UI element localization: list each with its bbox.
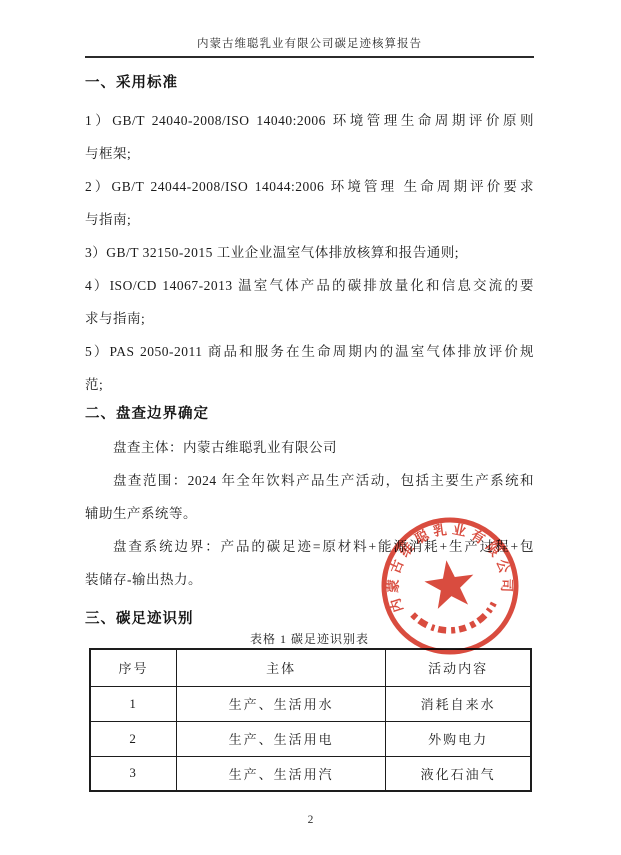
document-page: 内蒙古维聪乳业有限公司碳足迹核算报告 一、采用标准 1）GB/T 24040-2… <box>0 0 621 855</box>
cell-activity: 液化石油气 <box>386 756 531 791</box>
text-line: 1）GB/T 24040-2008/ISO 14040:2006 环境管理生命周… <box>85 104 534 137</box>
text-line: 盘查主体：内蒙古维聪乳业有限公司 <box>85 431 534 464</box>
text-line: 4）ISO/CD 14067-2013 温室气体产品的碳排放量化和信息交流的要 <box>85 269 534 302</box>
seal-bottom-script <box>413 603 497 636</box>
table-row: 1 生产、生活用水 消耗自来水 <box>90 686 531 721</box>
col-header-subject: 主体 <box>177 649 386 686</box>
table-row: 3 生产、生活用汽 液化石油气 <box>90 756 531 791</box>
page-content: 内蒙古维聪乳业有限公司碳足迹核算报告 一、采用标准 1）GB/T 24040-2… <box>85 0 534 792</box>
text-line: 5）PAS 2050-2011 商品和服务在生命周期内的温室气体排放评价规 <box>85 335 534 368</box>
star-icon <box>422 557 477 610</box>
header-divider <box>85 56 534 58</box>
text-line: 盘查范围：2024 年全年饮料产品生产活动，包括主要生产系统和 <box>85 464 534 497</box>
cell-subject: 生产、生活用电 <box>177 721 386 756</box>
cell-activity: 外购电力 <box>386 721 531 756</box>
cell-activity: 消耗自来水 <box>386 686 531 721</box>
cell-index: 2 <box>90 721 177 756</box>
cell-subject: 生产、生活用水 <box>177 686 386 721</box>
section-title-boundary: 二、盘查边界确定 <box>85 405 534 423</box>
carbon-footprint-id-table: 序号 主体 活动内容 1 生产、生活用水 消耗自来水 2 生产、生活用电 外购电… <box>89 648 532 792</box>
text-line: 求与指南; <box>85 302 534 335</box>
standards-list: 1）GB/T 24040-2008/ISO 14040:2006 环境管理生命周… <box>85 104 534 401</box>
running-header: 内蒙古维聪乳业有限公司碳足迹核算报告 <box>85 0 534 51</box>
company-seal: 内蒙古维聪乳业有限公司 <box>365 501 534 670</box>
table-row: 2 生产、生活用电 外购电力 <box>90 721 531 756</box>
text-line: 3）GB/T 32150-2015 工业企业温室气体排放核算和报告通则; <box>85 236 534 269</box>
text-line: 与框架; <box>85 137 534 170</box>
page-number: 2 <box>0 814 621 826</box>
cell-subject: 生产、生活用汽 <box>177 756 386 791</box>
cell-index: 3 <box>90 756 177 791</box>
text-line: 范; <box>85 368 534 401</box>
col-header-index: 序号 <box>90 649 177 686</box>
cell-index: 1 <box>90 686 177 721</box>
text-line: 2）GB/T 24044-2008/ISO 14044:2006 环境管理 生命… <box>85 170 534 203</box>
section-title-standards: 一、采用标准 <box>85 74 534 92</box>
text-line: 与指南; <box>85 203 534 236</box>
